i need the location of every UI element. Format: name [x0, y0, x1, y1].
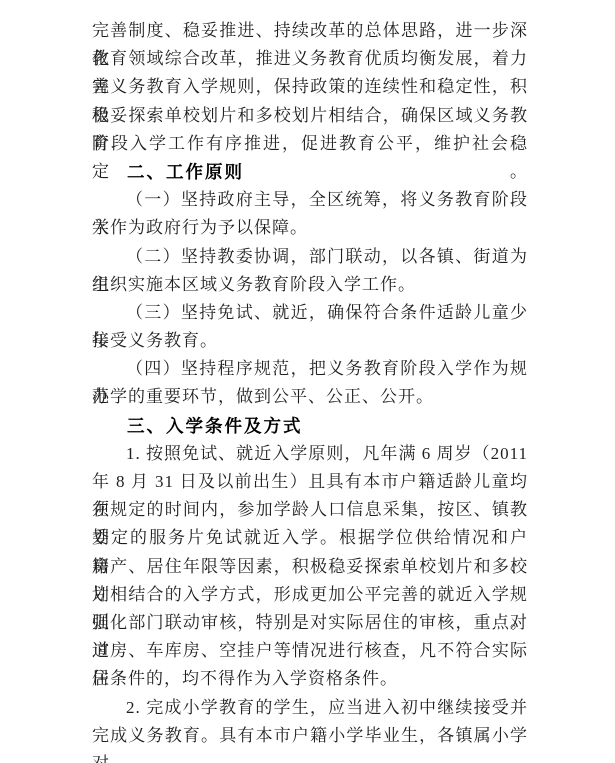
- document-text-block: 完善制度、稳妥推进、持续改革的总体思路，进一步深化 教育领域综合改革，推进义务教…: [92, 17, 528, 750]
- text-line: 接受义务教育。: [92, 327, 528, 355]
- text-line: 完成义务教育。具有本市户籍小学毕业生，各镇属小学对: [92, 722, 528, 750]
- text-line: 2. 完成小学教育的学生，应当进入初中继续接受并: [92, 694, 528, 722]
- text-line: 住条件的，均不得作为入学资格条件。: [92, 665, 528, 693]
- section-heading: 三、入学条件及方式: [92, 412, 528, 440]
- text-line: 学作为政府行为予以保障。: [92, 214, 528, 242]
- document-page: 完善制度、稳妥推进、持续改革的总体思路，进一步深化 教育领域综合改革，推进义务教…: [0, 0, 615, 763]
- text-line: （三）坚持免试、就近，确保符合条件适龄儿童少年: [92, 299, 528, 327]
- text-line: 1. 按照免试、就近入学原则，凡年满 6 周岁（2011: [92, 440, 528, 468]
- text-line: 道房、车库房、空挂户等情况进行核查，凡不符合实际居: [92, 637, 528, 665]
- text-line: 办学的重要环节，做到公平、公正、公开。: [92, 383, 528, 411]
- text-line: 组织实施本区域义务教育阶段入学工作。: [92, 271, 528, 299]
- text-line: 强化部门联动审核，特别是对实际居住的审核，重点对过: [92, 609, 528, 637]
- text-line: 房产、居住年限等因素，积极稳妥探索单校划片和多校划: [92, 553, 528, 581]
- text-line: 划定的服务片免试就近入学。根据学位供给情况和户籍、: [92, 524, 528, 552]
- text-line: 善义务教育入学规则，保持政策的连续性和稳定性，积极: [92, 73, 528, 101]
- text-line: 完善制度、稳妥推进、持续改革的总体思路，进一步深化: [92, 17, 528, 45]
- text-line: 稳妥探索单校划片和多校划片相结合，确保区域义务教育: [92, 102, 528, 130]
- text-line: （一）坚持政府主导，全区统筹，将义务教育阶段入: [92, 186, 528, 214]
- text-line: 在规定的时间内，参加学龄人口信息采集，按区、镇教委: [92, 496, 528, 524]
- text-line: 片相结合的入学方式，形成更加公平完善的就近入学规则。: [92, 581, 528, 609]
- text-line: （四）坚持程序规范，把义务教育阶段入学作为规范: [92, 355, 528, 383]
- text-line: 年 8 月 31 日及以前出生）且具有本市户籍适龄儿童均须: [92, 468, 528, 496]
- text-line: （二）坚持教委协调，部门联动，以各镇、街道为主: [92, 243, 528, 271]
- text-line: 阶段入学工作有序推进，促进教育公平，维护社会稳定。: [92, 130, 528, 158]
- text-line: 教育领域综合改革，推进义务教育优质均衡发展，着力完: [92, 45, 528, 73]
